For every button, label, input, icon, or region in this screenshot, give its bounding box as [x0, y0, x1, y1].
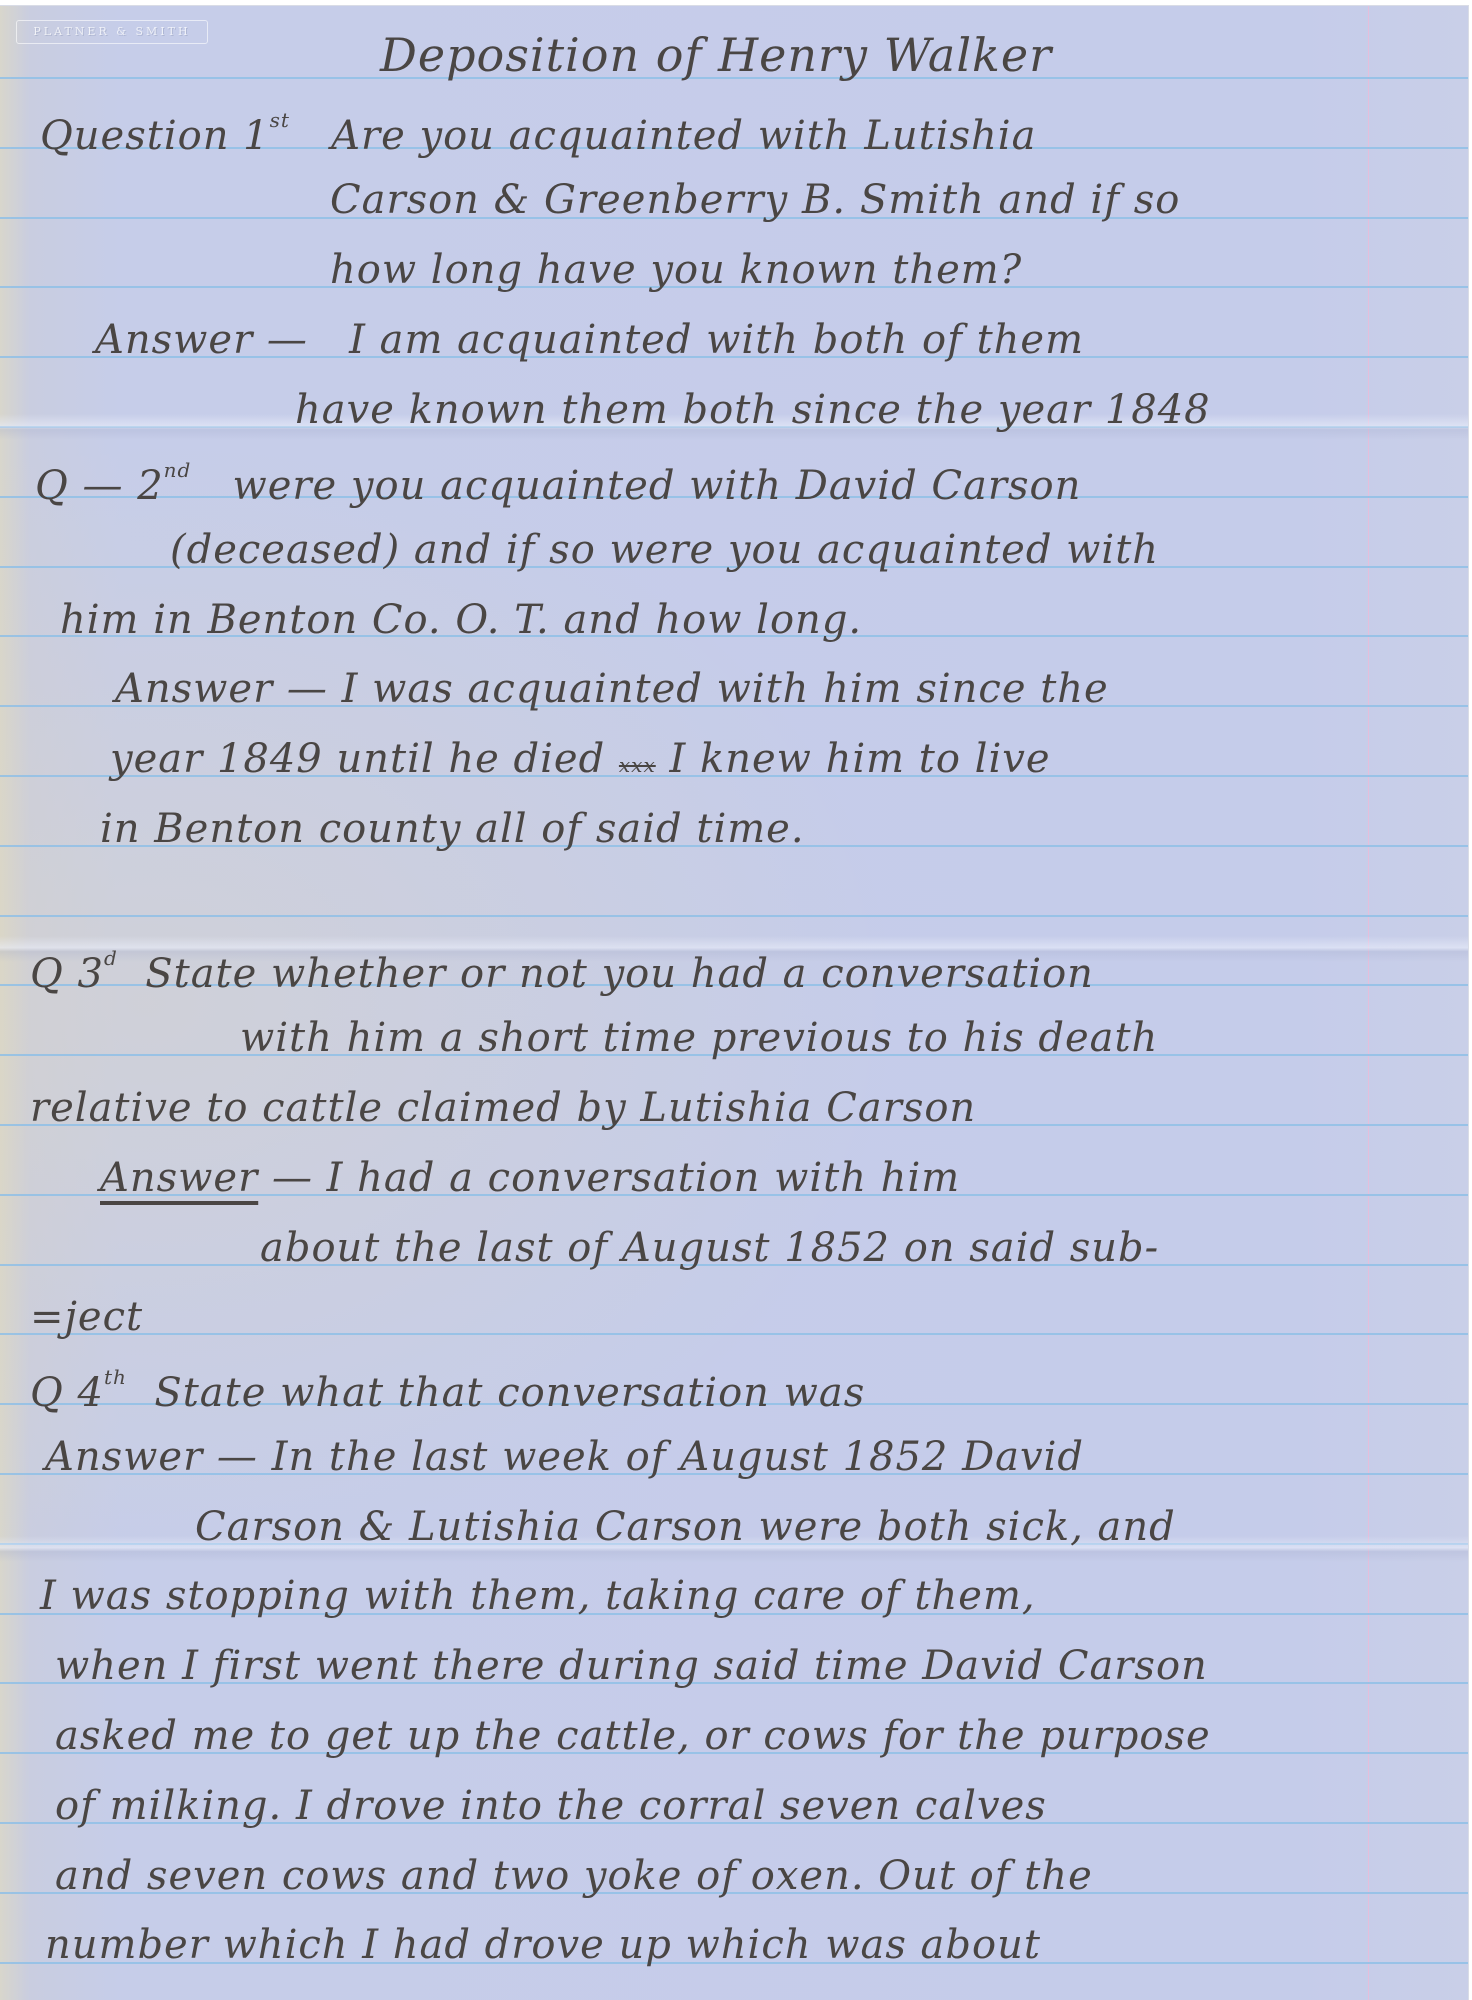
ordinal-suffix: th	[104, 1365, 127, 1389]
answer-text: I knew him to live	[669, 736, 1050, 782]
answer-3-line-2: about the last of August 1852 on said su…	[260, 1228, 1159, 1268]
question-3-line-3: relative to cattle claimed by Lutishia C…	[30, 1088, 976, 1128]
answer-label: Answer —	[95, 317, 308, 363]
margin-line	[1368, 6, 1369, 2000]
answer-4-line-8: number which I had drove up which was ab…	[45, 1925, 1041, 1965]
answer-3-line-3: =ject	[30, 1297, 143, 1337]
answer-text: — I had a conversation with him	[272, 1155, 960, 1201]
question-1-line-1: Question 1st Are you acquainted with Lut…	[40, 110, 1036, 156]
answer-4-line-5: asked me to get up the cattle, or cows f…	[55, 1716, 1211, 1756]
question-label: Question 1	[40, 113, 270, 159]
answer-1-line-1: Answer — I am acquainted with both of th…	[95, 320, 1084, 360]
ordinal-suffix: d	[104, 946, 118, 970]
answer-3-line-1: Answer — I had a conversation with him	[100, 1158, 960, 1198]
question-text: Are you acquainted with Lutishia	[331, 113, 1036, 159]
answer-label: Answer —	[115, 666, 328, 712]
ordinal-suffix: nd	[164, 458, 192, 482]
answer-4-line-6: of milking. I drove into the corral seve…	[55, 1786, 1047, 1826]
question-label: Q 3	[30, 951, 104, 997]
answer-text: In the last week of August 1852 David	[272, 1434, 1084, 1480]
struck-mark: xxx	[619, 753, 656, 777]
question-2-line-1: Q — 2nd were you acquainted with David C…	[35, 460, 1081, 506]
question-text: State what that conversation was	[154, 1370, 865, 1416]
answer-4-line-1: Answer — In the last week of August 1852…	[45, 1437, 1084, 1477]
answer-4-line-7: and seven cows and two yoke of oxen. Out…	[55, 1856, 1093, 1896]
question-2-line-2: (deceased) and if so were you acquainted…	[170, 530, 1159, 570]
question-text: were you acquainted with David Carson	[233, 463, 1082, 509]
question-2-line-3: him in Benton Co. O. T. and how long.	[60, 600, 862, 640]
embossed-stamp: PLATNER & SMITH	[16, 20, 208, 44]
answer-text: I am acquainted with both of them	[349, 317, 1084, 363]
ordinal-suffix: st	[270, 108, 290, 132]
answer-1-line-2: have known them both since the year 1848	[295, 390, 1211, 430]
answer-2-line-3: in Benton county all of said time.	[100, 809, 805, 849]
document-page: PLATNER & SMITH Deposition of Henry Walk…	[0, 6, 1468, 2000]
answer-2-line-1: Answer — I was acquainted with him since…	[115, 669, 1109, 709]
question-label: Q — 2	[35, 463, 164, 509]
ruled-line	[0, 915, 1468, 917]
question-3-line-1: Q 3d State whether or not you had a conv…	[30, 948, 1094, 994]
question-3-line-2: with him a short time previous to his de…	[240, 1018, 1158, 1058]
answer-label: Answer —	[45, 1434, 258, 1480]
answer-text: year 1849 until he died	[110, 736, 605, 782]
question-label: Q 4	[30, 1370, 104, 1416]
answer-label: Answer	[100, 1155, 258, 1201]
answer-text: I was acquainted with him since the	[342, 666, 1109, 712]
question-4-line-1: Q 4th State what that conversation was	[30, 1367, 865, 1413]
ruled-line	[0, 1333, 1468, 1335]
answer-4-line-4: when I first went there during said time…	[55, 1646, 1208, 1686]
question-text: State whether or not you had a conversat…	[145, 951, 1094, 997]
answer-4-line-2: Carson & Lutishia Carson were both sick,…	[195, 1507, 1176, 1547]
answer-4-line-3: I was stopping with them, taking care of…	[40, 1576, 1036, 1616]
question-1-line-3: how long have you known them?	[330, 250, 1022, 290]
document-title: Deposition of Henry Walker	[380, 32, 1052, 78]
question-1-line-2: Carson & Greenberry B. Smith and if so	[330, 180, 1180, 220]
answer-2-line-2: year 1849 until he died xxx I knew him t…	[110, 739, 1051, 779]
